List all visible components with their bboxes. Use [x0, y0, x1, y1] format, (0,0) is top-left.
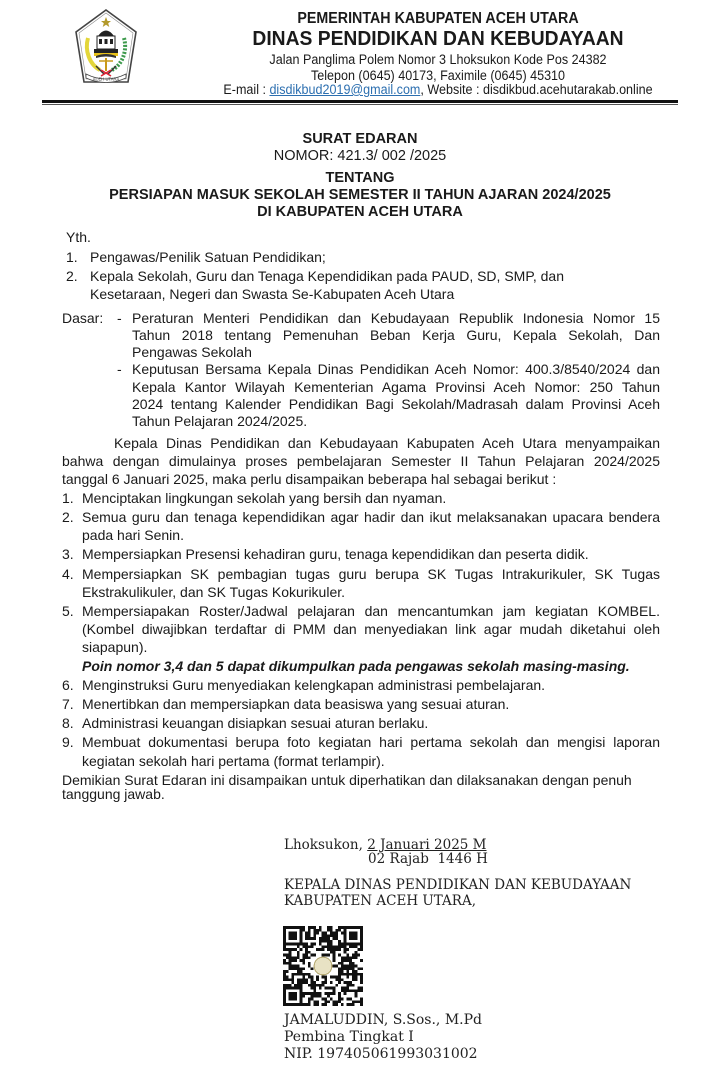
basis-item: Pengawas Sekolah	[132, 344, 252, 360]
letterhead-divider-thin	[42, 104, 678, 105]
recipient-number: 2.	[66, 268, 78, 284]
point-text: Mempersiapakan Roster/Jadwal pelajaran d…	[82, 603, 660, 619]
point-number: 9.	[62, 734, 74, 750]
point-number: 1.	[62, 490, 74, 506]
point-text: siapapun).	[82, 639, 147, 655]
signature-position: KEPALA DINAS PENDIDIKAN DAN KEBUDAYAAN	[284, 877, 631, 893]
point-text: Menginstruksi Guru menyediakan kelengkap…	[82, 677, 545, 693]
basis-bullet: -	[117, 361, 122, 377]
letterhead-government: PEMERINTAH KABUPATEN ACEH UTARA	[245, 10, 631, 28]
qr-code-signature	[283, 926, 363, 1006]
point-text: Semua guru dan tenaga kependidikan agar …	[82, 509, 660, 525]
point-text: Administrasi keuangan disiapkan sesuai a…	[82, 715, 428, 731]
point-number: 4.	[62, 566, 74, 582]
signature-position: KABUPATEN ACEH UTARA,	[284, 893, 476, 909]
regency-logo: ACEH UTARA	[74, 8, 138, 88]
point-text: Mempersiapkan SK pembagian tugas guru be…	[82, 566, 660, 582]
signatory-name: JAMALUDDIN, S.Sos., M.Pd	[284, 1012, 482, 1028]
basis-bullet: -	[117, 310, 122, 326]
svg-text:ACEH UTARA: ACEH UTARA	[93, 77, 120, 82]
point-number: 7.	[62, 696, 74, 712]
closing-statement: tanggung jawab.	[62, 786, 165, 802]
salutation: Yth.	[66, 229, 91, 245]
basis-item: Kepala Kantor Wilayah Kementerian Agama …	[132, 379, 660, 395]
email-link[interactable]: disdikbud2019@gmail.com	[269, 82, 420, 97]
qr-code-icon	[283, 926, 363, 1006]
recipient-number: 1.	[66, 249, 78, 265]
intro-paragraph: Kepala Dinas Pendidikan dan Kebudayaan K…	[114, 435, 660, 451]
signatory-rank: Pembina Tingkat I	[284, 1029, 414, 1045]
collection-note: Poin nomor 3,4 dan 5 dapat dikumpulkan p…	[82, 658, 630, 674]
website-label: , Website :	[420, 82, 483, 97]
letterhead-address: Jalan Panglima Polem Nomor 3 Lhoksukon K…	[243, 52, 634, 67]
aceh-utara-emblem-icon: ACEH UTARA	[74, 8, 138, 88]
basis-label: Dasar:	[62, 310, 103, 326]
letterhead-contact: E-mail : disdikbud2019@gmail.com, Websit…	[204, 82, 673, 97]
basis-item: Peraturan Menteri Pendidikan dan Kebuday…	[132, 310, 660, 326]
letterhead-phone: Telepon (0645) 40173, Faximile (0645) 45…	[243, 68, 634, 83]
document-heading: SURAT EDARAN	[0, 131, 720, 147]
point-text: pada hari Senin.	[82, 527, 184, 543]
point-text: Mempersiapkan Presensi kehadiran guru, t…	[82, 546, 589, 562]
point-number: 5.	[62, 603, 74, 619]
basis-item: Keputusan Bersama Kepala Dinas Pendidika…	[132, 361, 660, 377]
basis-item: Tahun 2018 tentang Pemenuhan Beban Kerja…	[132, 327, 660, 343]
recipient-item-cont: Kesetaraan, Negeri dan Swasta Se-Kabupat…	[90, 286, 454, 302]
document-subject-line1: PERSIAPAN MASUK SEKOLAH SEMESTER II TAHU…	[0, 187, 720, 203]
email-label: E-mail :	[223, 82, 269, 97]
point-text: Menciptakan lingkungan sekolah yang bers…	[82, 490, 446, 506]
basis-item: 2024 tentang Kalender Pendidikan Bagi Se…	[132, 396, 660, 412]
signatory-nip: NIP. 197405061993031002	[284, 1046, 478, 1062]
point-number: 2.	[62, 509, 74, 525]
letterhead-office: DINAS PENDIDIKAN DAN KEBUDAYAAN	[231, 27, 645, 51]
point-number: 8.	[62, 715, 74, 731]
intro-paragraph: bahwa dengan dimulainya proses pembelaja…	[62, 453, 660, 469]
recipient-item: Kepala Sekolah, Guru dan Tenaga Kependid…	[90, 268, 564, 284]
letterhead-divider	[42, 100, 678, 103]
intro-paragraph: tanggal 6 Januari 2025, maka perlu disam…	[62, 471, 556, 487]
point-text: (Kombel diwajibkan terdaftar di PMM dan …	[82, 621, 660, 637]
signature-date-hijri: 02 Rajab 1446 H	[368, 851, 488, 867]
point-number: 3.	[62, 546, 74, 562]
recipient-item: Pengawas/Penilik Satuan Pendidikan;	[90, 249, 326, 265]
document-subject-line2: DI KABUPATEN ACEH UTARA	[0, 204, 720, 220]
signature-place: Lhoksukon,	[284, 837, 367, 853]
basis-item: Tahun Pelajaran 2024/2025.	[132, 413, 307, 429]
document-number: NOMOR: 421.3/ 002 /2025	[0, 148, 720, 164]
point-text: Menertibkan dan mempersiapkan data beasi…	[82, 696, 509, 712]
point-text: Membuat dokumentasi berupa foto kegiatan…	[82, 734, 660, 750]
point-number: 6.	[62, 677, 74, 693]
document-about: TENTANG	[0, 170, 720, 186]
website-link[interactable]: disdikbud.acehutarakab.online	[483, 82, 653, 97]
point-text: kegiatan sekolah hari pertama (format te…	[82, 753, 385, 769]
point-text: Ekstrakulikuler, dan SK Tugas Kokurikule…	[82, 584, 345, 600]
